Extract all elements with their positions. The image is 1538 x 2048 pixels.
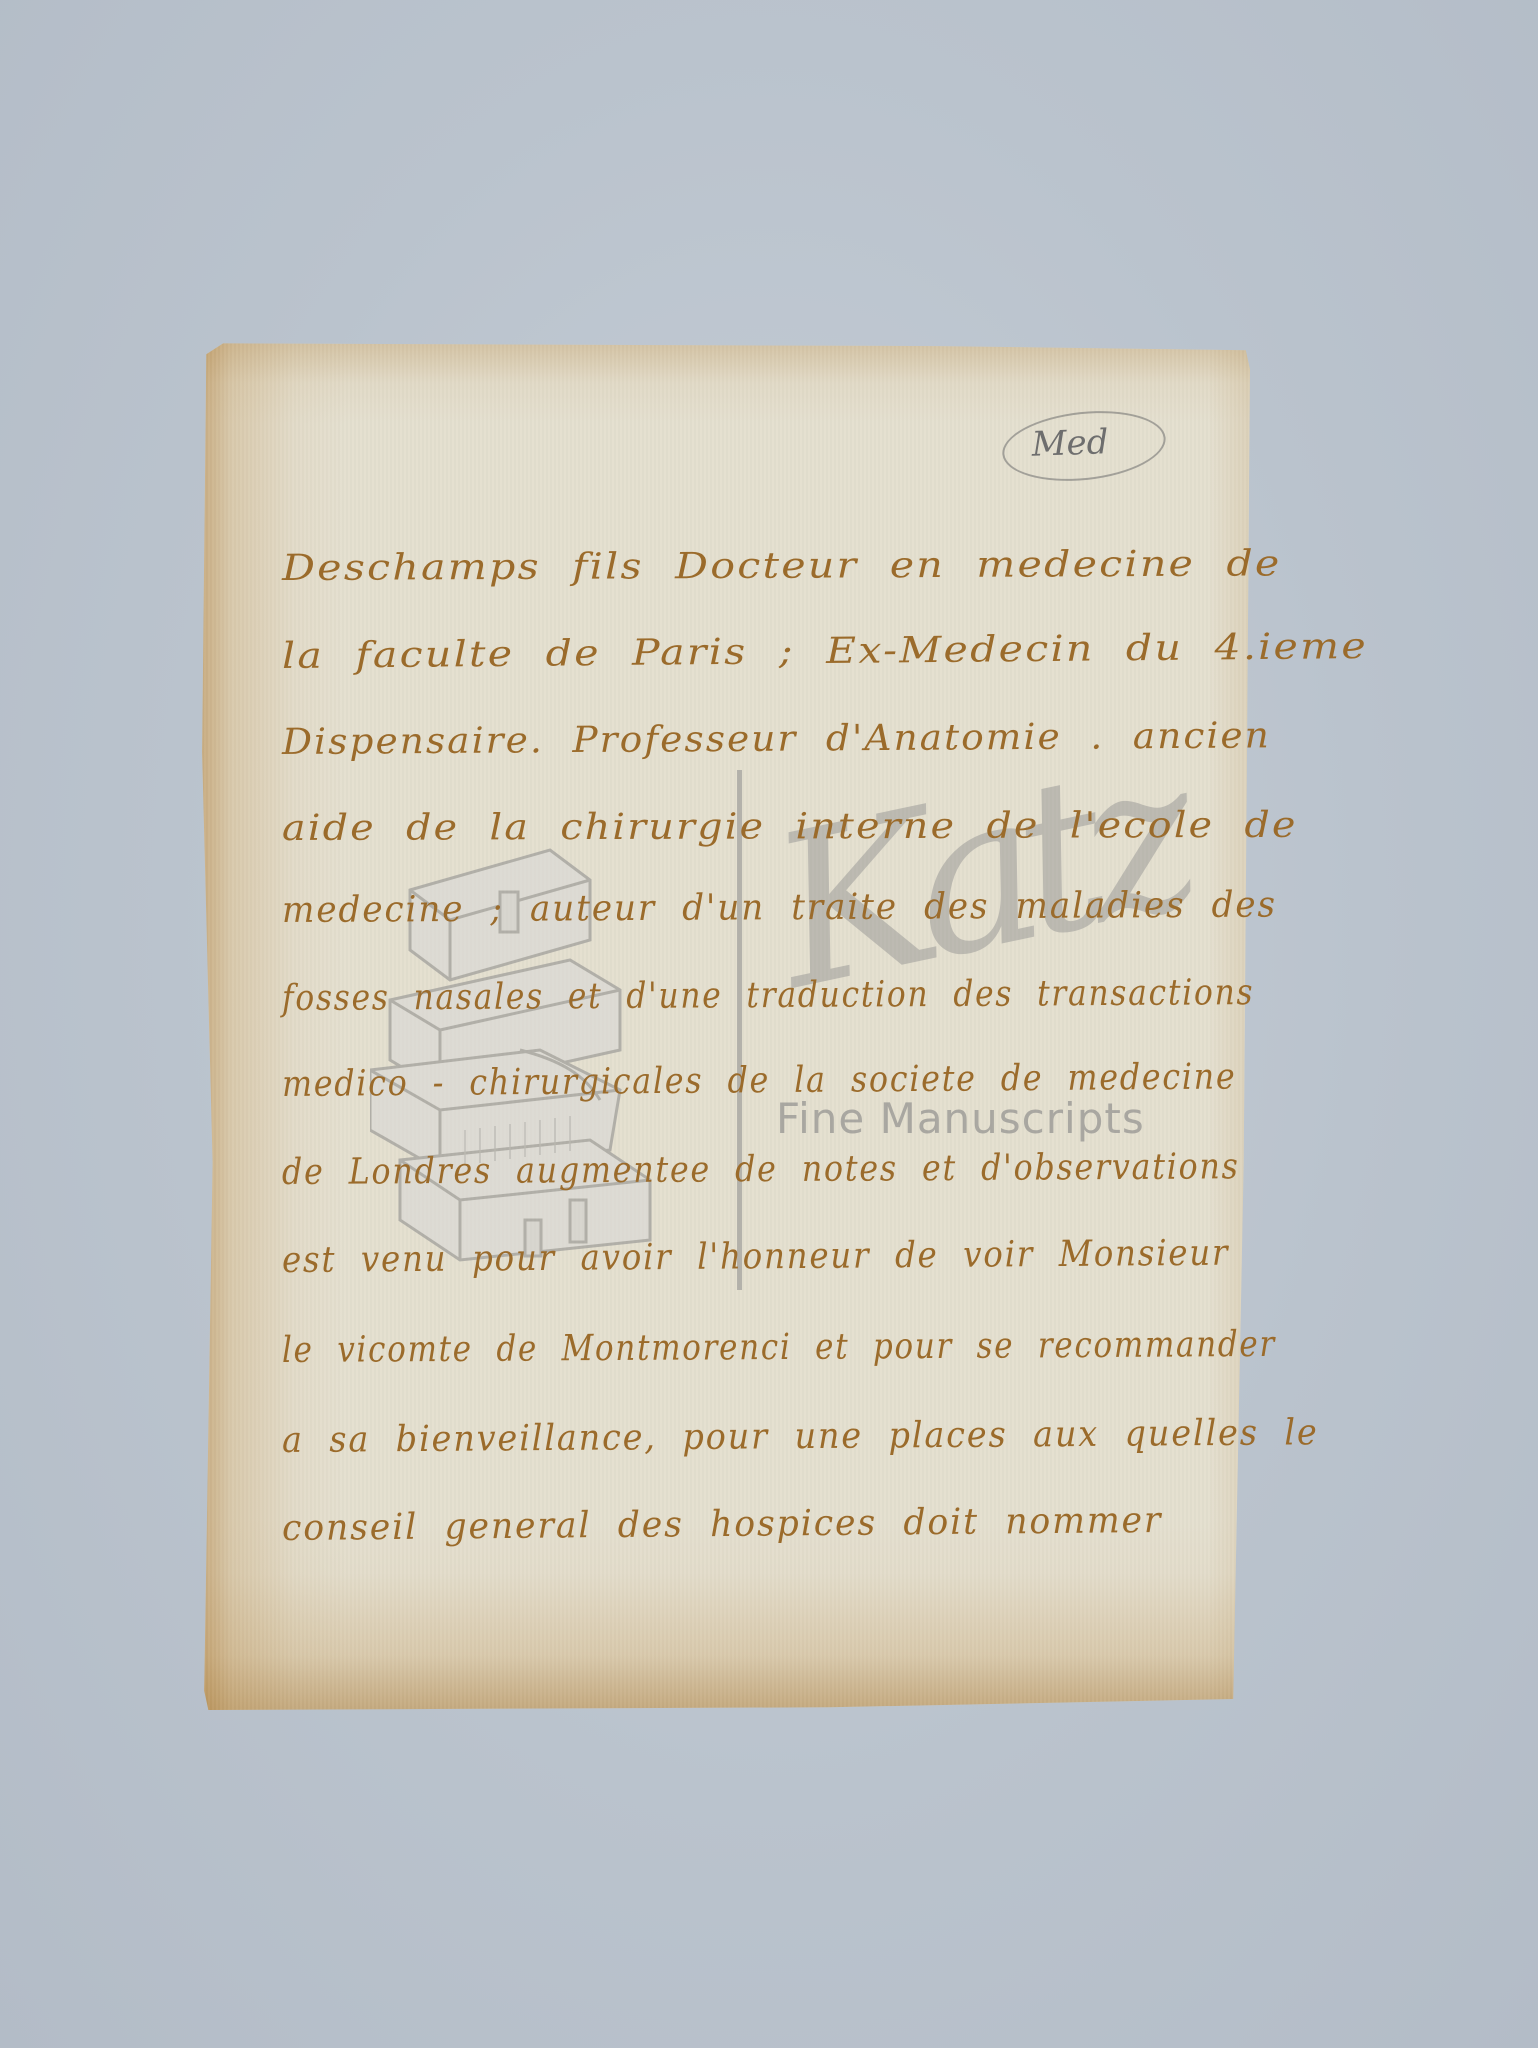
manuscript-line-10: le vicomte de Montmorenci et pour se rec…	[282, 1324, 1276, 1371]
manuscript-line-7: medico - chirurgicales de la societe de …	[282, 1056, 1237, 1105]
manuscript-line-12: conseil general des hospices doit nommer	[282, 1500, 1163, 1549]
manuscript-line-9: est venu pour avoir l'honneur de voir Mo…	[282, 1233, 1229, 1281]
manuscript-line-6: fosses nasales et d'une traduction des t…	[282, 972, 1254, 1019]
manuscript-text: Deschamps fils Docteur en medecine de la…	[0, 0, 1538, 2048]
manuscript-line-11: a sa bienveillance, pour une places aux …	[282, 1412, 1319, 1461]
manuscript-line-3: Dispensaire. Professeur d'Anatomie . anc…	[282, 715, 1271, 763]
manuscript-line-1: Deschamps fils Docteur en medecine de	[282, 543, 1282, 589]
manuscript-line-2: la faculte de Paris ; Ex-Medecin du 4.ie…	[282, 626, 1368, 677]
manuscript-line-5: medecine ; auteur d'un traite des maladi…	[282, 885, 1277, 931]
manuscript-line-4: aide de la chirurgie interne de l'ecole …	[282, 805, 1298, 849]
manuscript-line-8: de Londres augmentee de notes et d'obser…	[282, 1146, 1240, 1193]
